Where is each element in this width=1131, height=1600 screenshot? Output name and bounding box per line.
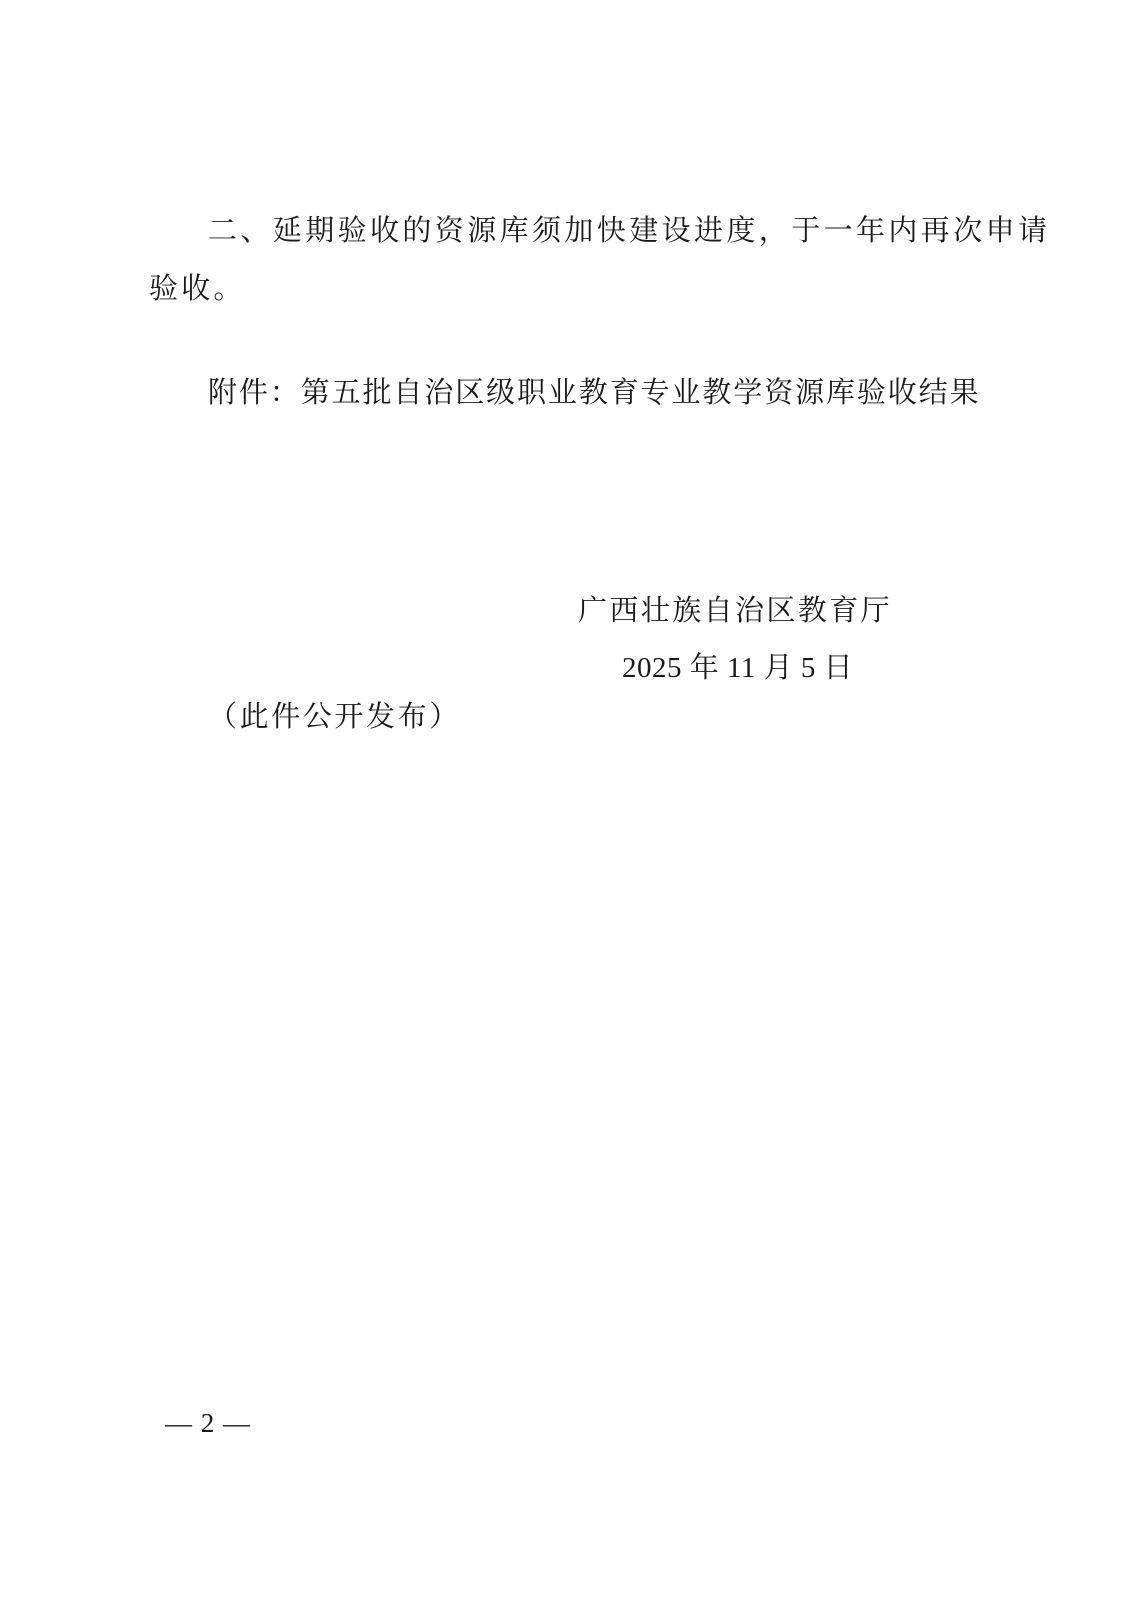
page-number: — 2 —	[165, 1406, 251, 1440]
paragraph-2-line-1: 二、延期验收的资源库须加快建设进度，于一年内再次申请	[208, 212, 1050, 248]
attachment-line: 附件：第五批自治区级职业教育专业教学资源库验收结果	[208, 374, 981, 410]
paragraph-2-line-2: 验收。	[149, 270, 246, 306]
issuer-signature: 广西壮族自治区教育厅	[578, 592, 892, 628]
publication-note: （此件公开发布）	[208, 698, 461, 734]
issue-date: 2025 年 11 月 5 日	[622, 650, 853, 686]
